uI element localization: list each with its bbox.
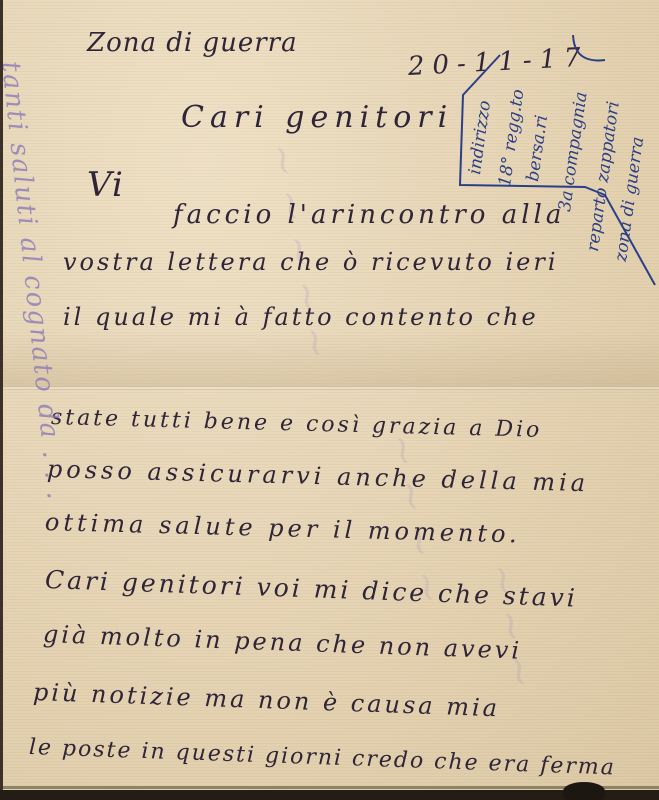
body-line: Vi: [87, 165, 124, 205]
letter-salutation: Cari genitori: [181, 100, 453, 135]
place-text: Zona di guerra: [87, 28, 298, 58]
address-annotation: indirizzo 18° regg.to bersa.ri 3a compag…: [455, 35, 659, 295]
margin-note: tanti saluti al cognato da . . .: [3, 60, 71, 503]
paper-fold: [3, 386, 659, 390]
background-band: [0, 790, 659, 800]
body-line: ottima salute per il momento.: [45, 508, 521, 548]
body-line: le poste in questi giorni credo che era …: [29, 735, 617, 780]
body-line: posso assicurarvi anche della mia: [47, 455, 590, 497]
letter-place: Zona di guerra: [87, 28, 298, 58]
paper-bottom-edge: [3, 786, 659, 789]
body-line: già molto in pena che non avevi: [43, 620, 523, 665]
letter-sheet: ~ ~ ~ ~ ~ ~ ~ ~ ~ ~ ~ ~ Zona di guerra 2…: [3, 0, 659, 792]
ink-stain: [563, 782, 605, 800]
body-line: più notizie ma non è causa mia: [33, 678, 501, 722]
body-line: state tutti bene e così grazia a Dio: [51, 405, 543, 443]
body-line: il quale mi à fatto contento che: [63, 303, 539, 331]
